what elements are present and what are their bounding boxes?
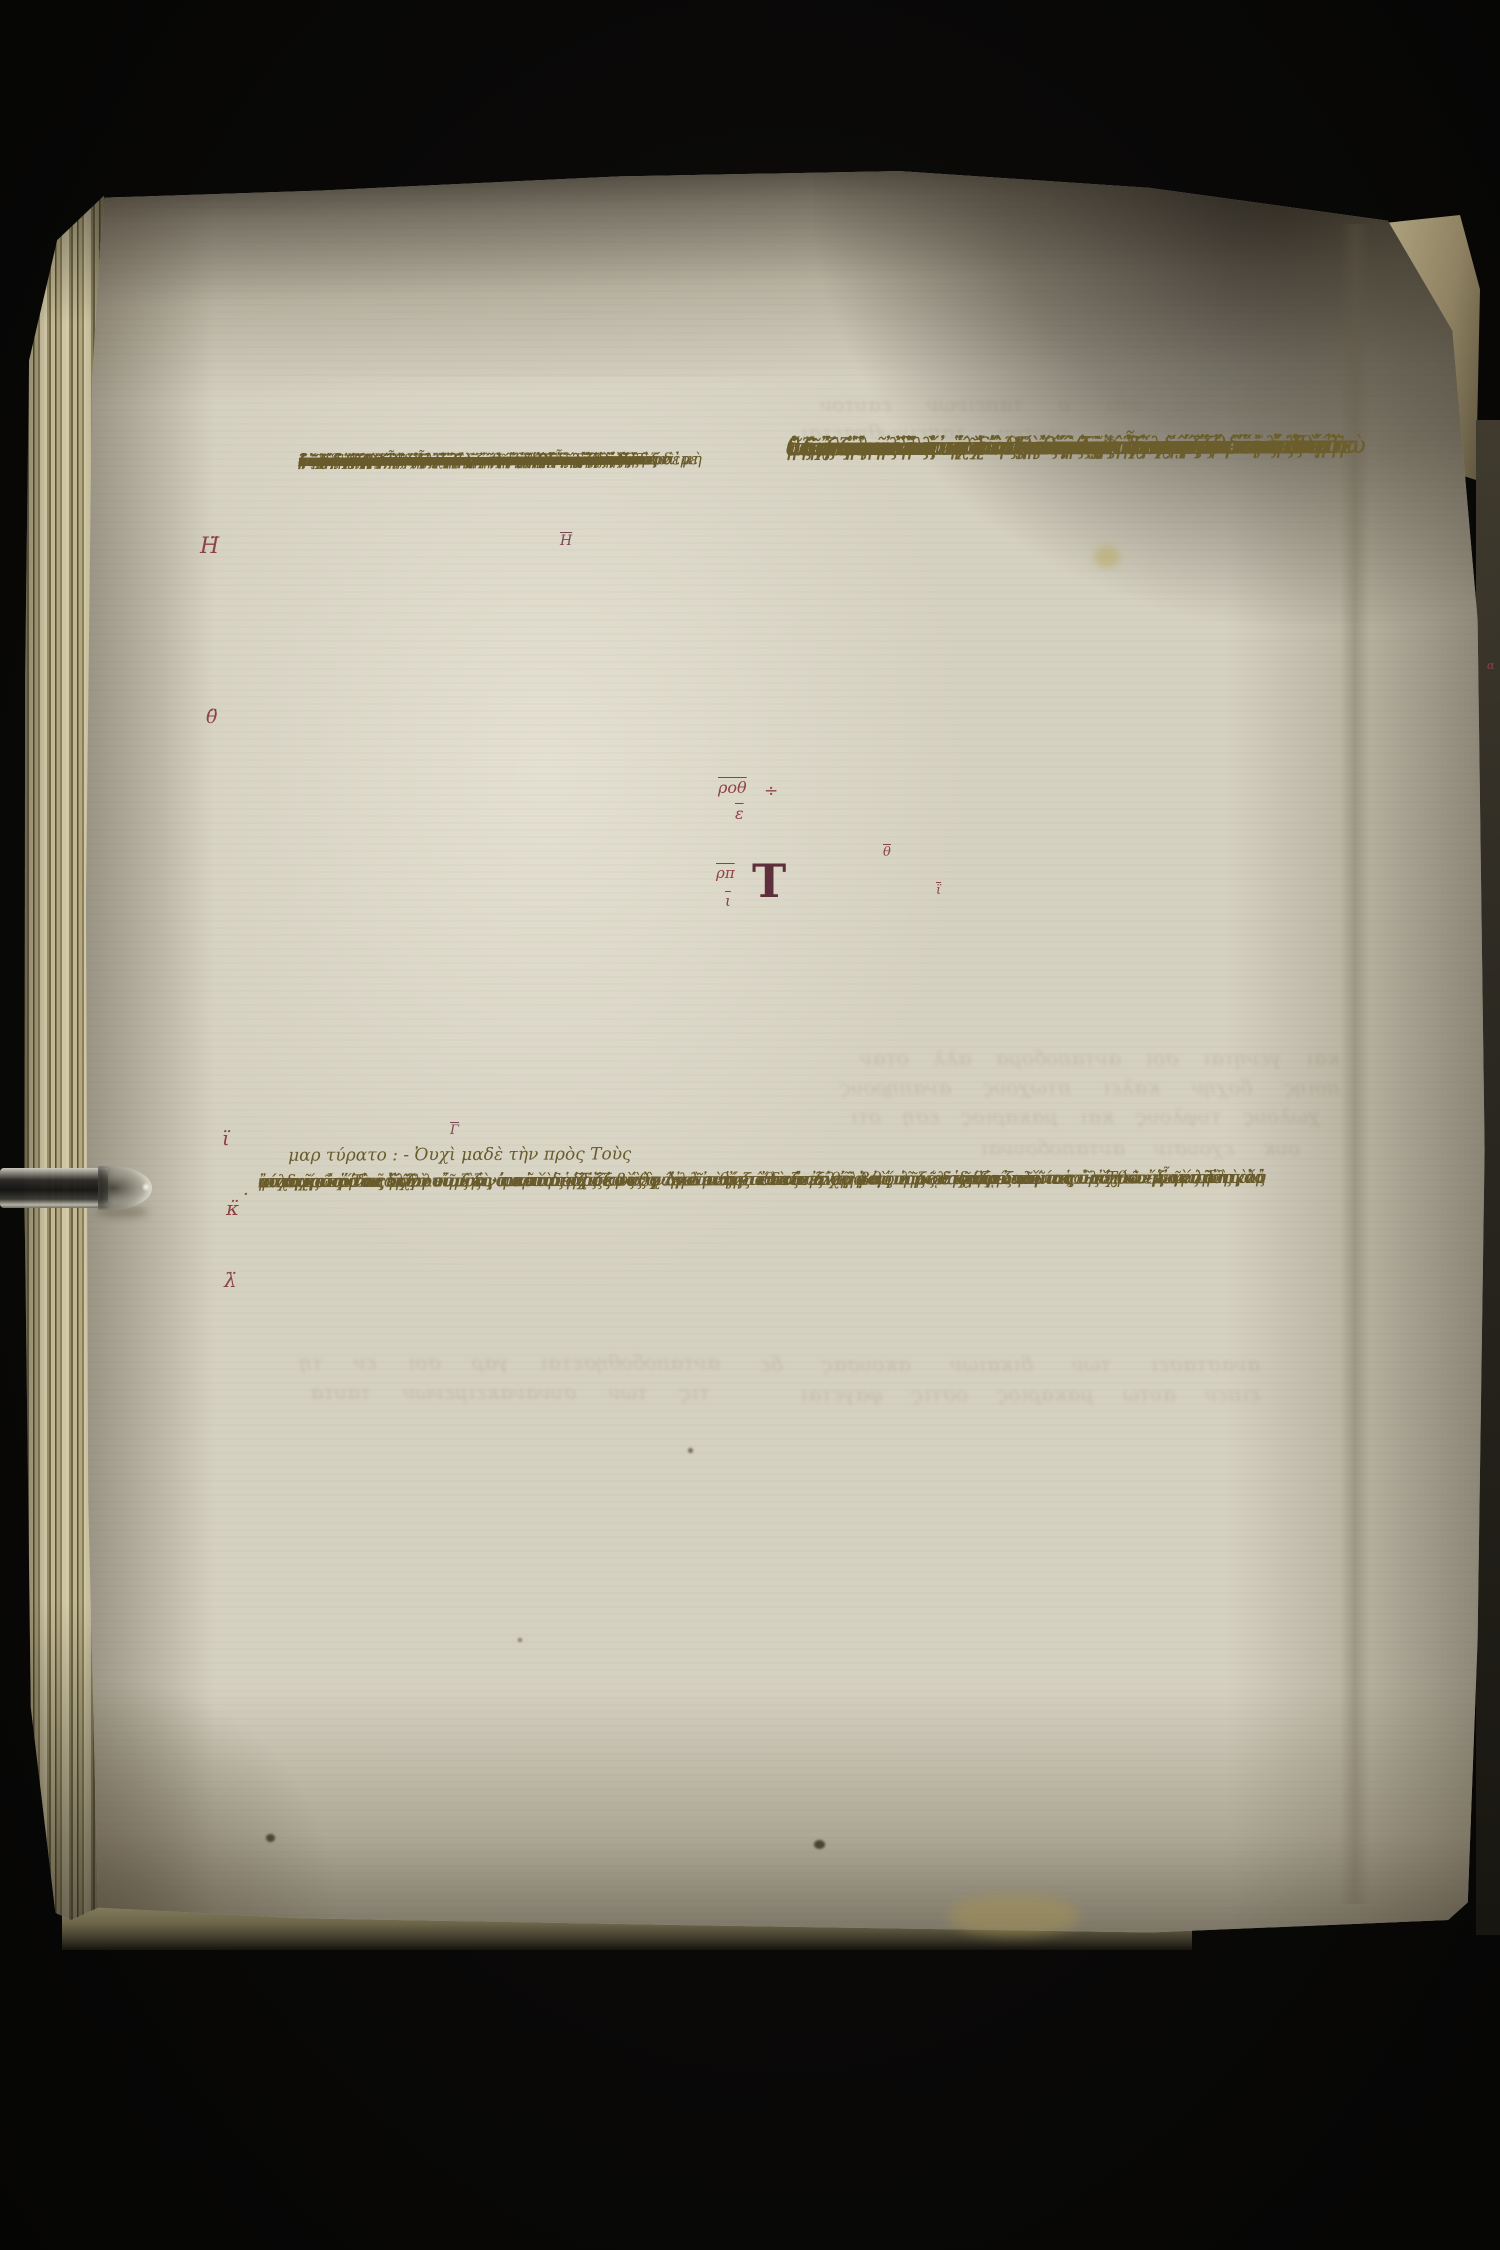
fore-edge-red-mark: α xyxy=(1487,660,1494,671)
margin-letter-kappa: κ̈ xyxy=(226,1198,239,1218)
eusebian-canon-10: ι xyxy=(725,894,731,909)
rubric-layer: Η̈θ̈ϊκ̈λ̈ροθε÷ρπιΤΗθϊΓ·α xyxy=(0,0,1500,2250)
rod-shadow xyxy=(96,1206,148,1218)
small-section-eta: Η xyxy=(560,534,572,548)
rod-highlight xyxy=(142,1182,150,1192)
margin-letter-lambda: λ̈ xyxy=(224,1270,237,1290)
eusebian-section-179: ροθ xyxy=(718,780,747,796)
interlinear-gamma: Γ xyxy=(450,1124,459,1137)
page-weight-rod xyxy=(0,1162,154,1214)
interlinear-iota: ϊ xyxy=(936,884,941,897)
rubricated-initial-tau: Τ xyxy=(752,858,786,904)
margin-letter-theta: θ̈ xyxy=(206,708,217,727)
margin-letter-iota: ϊ xyxy=(222,1128,230,1148)
eusebian-section-180: ρπ xyxy=(716,866,735,881)
lection-division-sign: ÷ xyxy=(764,783,778,800)
margin-letter-eta: Η̈ xyxy=(200,536,219,558)
eusebian-canon-5: ε xyxy=(735,806,744,822)
margin-dot: · xyxy=(243,1186,249,1204)
interlinear-theta: θ xyxy=(883,846,891,859)
manuscript-photo: ταπεινωθησεται και ο ταπεινων εαυτονοτι … xyxy=(0,0,1500,2250)
rod-shaft xyxy=(0,1168,108,1208)
